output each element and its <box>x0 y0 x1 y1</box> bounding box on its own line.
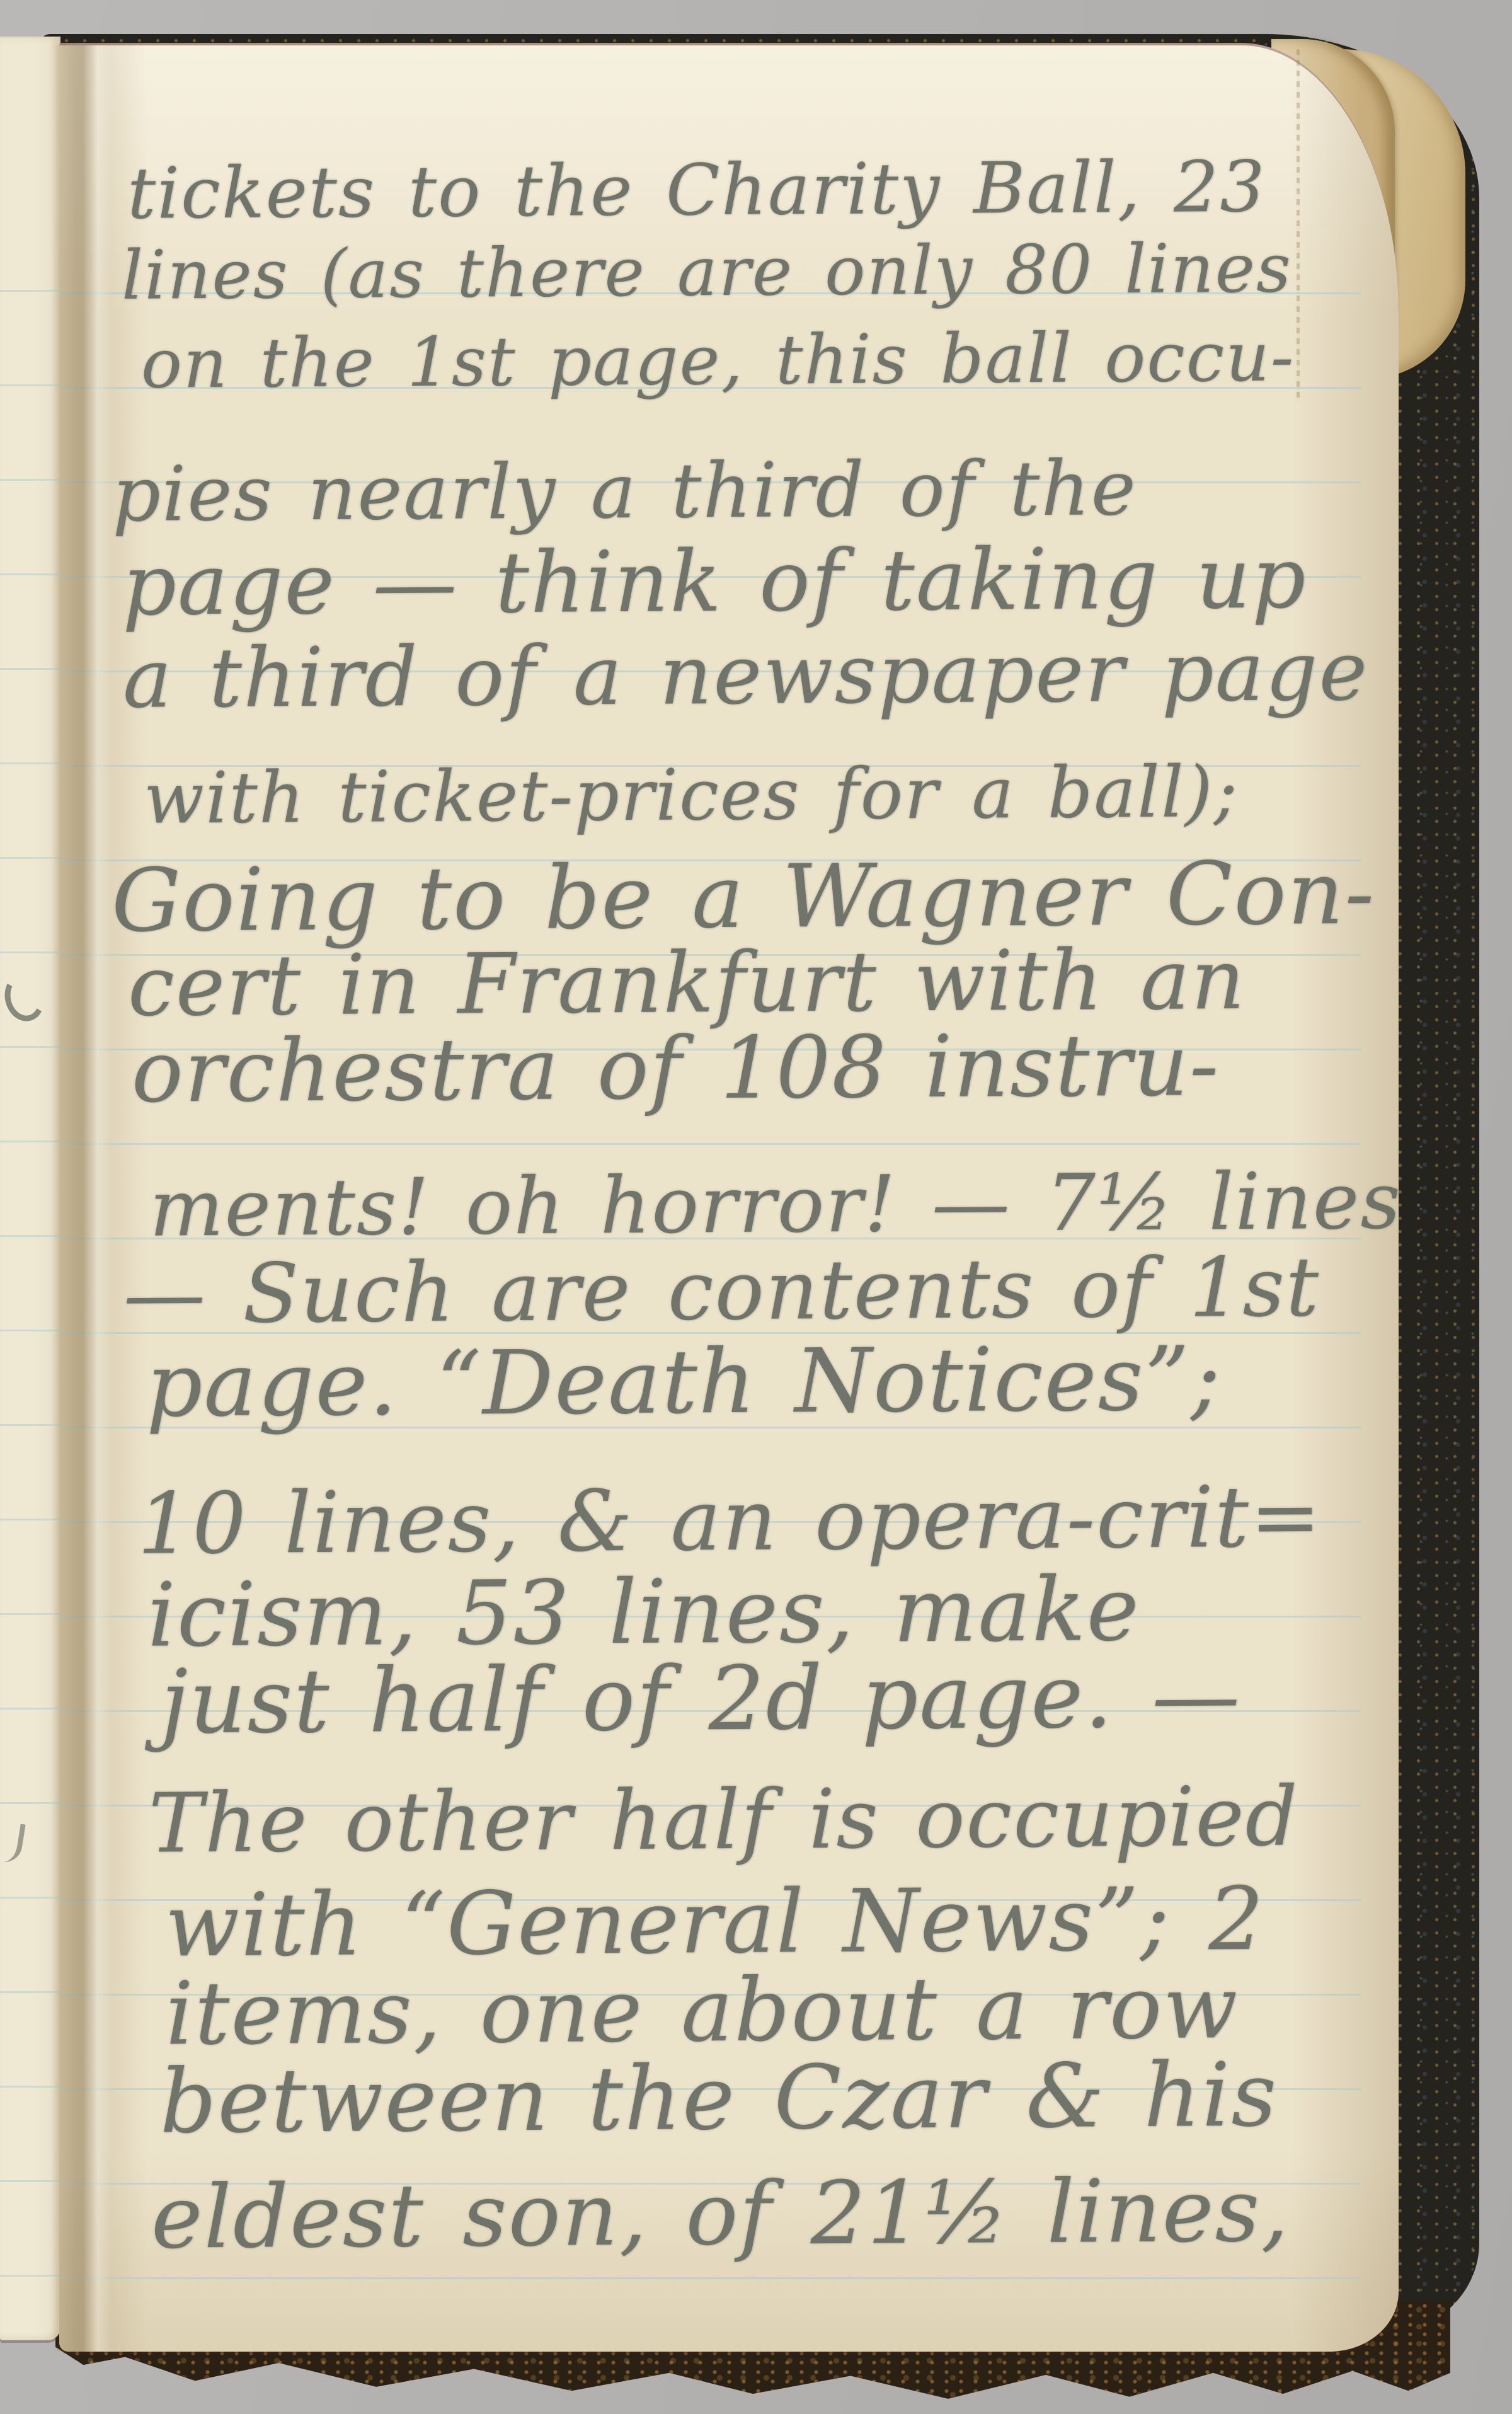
ruled-lines <box>0 290 60 2309</box>
manuscript-line: on the 1st page, this ball occu- <box>141 318 1295 403</box>
manuscript-line: page — think of taking up <box>122 529 1307 634</box>
manuscript-line: The other half is occupied <box>149 1768 1300 1871</box>
handwritten-text: tickets to the Charity Ball, 23 lines (a… <box>52 42 1406 2356</box>
manuscript-line: page. “Death Notices”; <box>146 1328 1222 1437</box>
manuscript-line: orchestra of 108 instru- <box>131 1016 1220 1122</box>
notebook-page: tickets to the Charity Ball, 23 lines (a… <box>59 43 1399 2352</box>
manuscript-line: with ticket-prices for a ball); <box>144 751 1239 840</box>
facing-page-sliver <box>0 37 60 2340</box>
manuscript-line: lines (as there are only 80 lines <box>122 230 1293 315</box>
notebook-photo: tickets to the Charity Ball, 23 lines (a… <box>0 0 1512 2414</box>
manuscript-line: a third of a newspaper page <box>122 623 1368 727</box>
manuscript-line: eldest son, of 21½ lines, <box>151 2160 1290 2268</box>
manuscript-line: 10 lines, & an opera-crit= <box>137 1468 1322 1573</box>
manuscript-line: just half of 2d page. — <box>160 1645 1241 1754</box>
manuscript-line: pies nearly a third of the <box>112 445 1138 539</box>
manuscript-line: tickets to the Charity Ball, 23 <box>127 146 1266 235</box>
manuscript-line: between the Czar & his <box>159 2044 1278 2154</box>
manuscript-line: — Such are contents of 1st <box>123 1239 1320 1342</box>
